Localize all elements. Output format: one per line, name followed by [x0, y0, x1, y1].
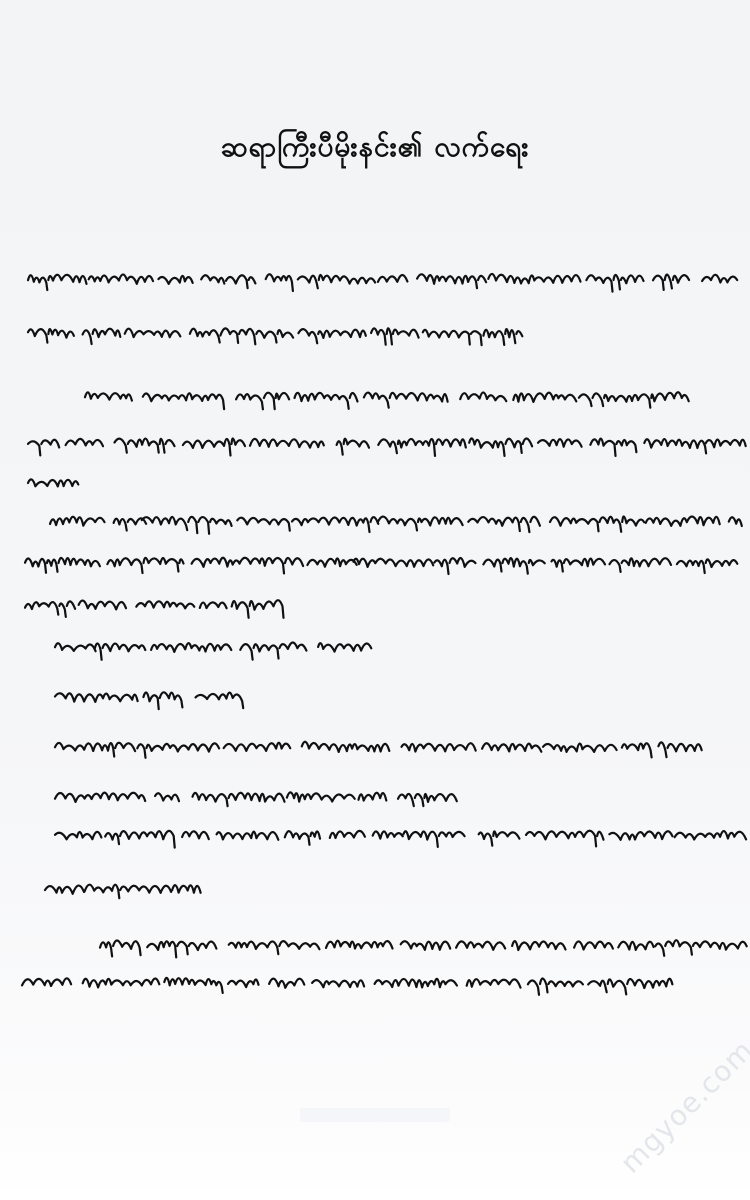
handwritten-line [28, 316, 518, 346]
handwritten-line [85, 380, 685, 410]
page-title: ဆရာကြီးပီမိုးနင်း၏ လက်ရေး [0, 128, 750, 170]
handwritten-line [28, 466, 88, 496]
watermark: mgyoe.com [614, 1033, 750, 1179]
handwritten-line [55, 680, 235, 710]
handwritten-line [28, 426, 740, 456]
handwritten-line [100, 928, 745, 958]
handwritten-line [45, 872, 195, 902]
faint-footer-mark [300, 1108, 450, 1122]
handwritten-line [55, 630, 375, 660]
document-page: ဆရာကြီးပီမိုးနင်း၏ လက်ရေး mgyoe.com [0, 0, 750, 1200]
handwritten-line [55, 730, 695, 760]
handwritten-line [25, 545, 740, 575]
handwritten-line [25, 588, 280, 618]
handwritten-line [55, 818, 735, 848]
handwritten-line [22, 966, 672, 996]
handwritten-line [50, 504, 740, 534]
handwritten-line [55, 780, 455, 810]
handwritten-line [28, 262, 728, 292]
